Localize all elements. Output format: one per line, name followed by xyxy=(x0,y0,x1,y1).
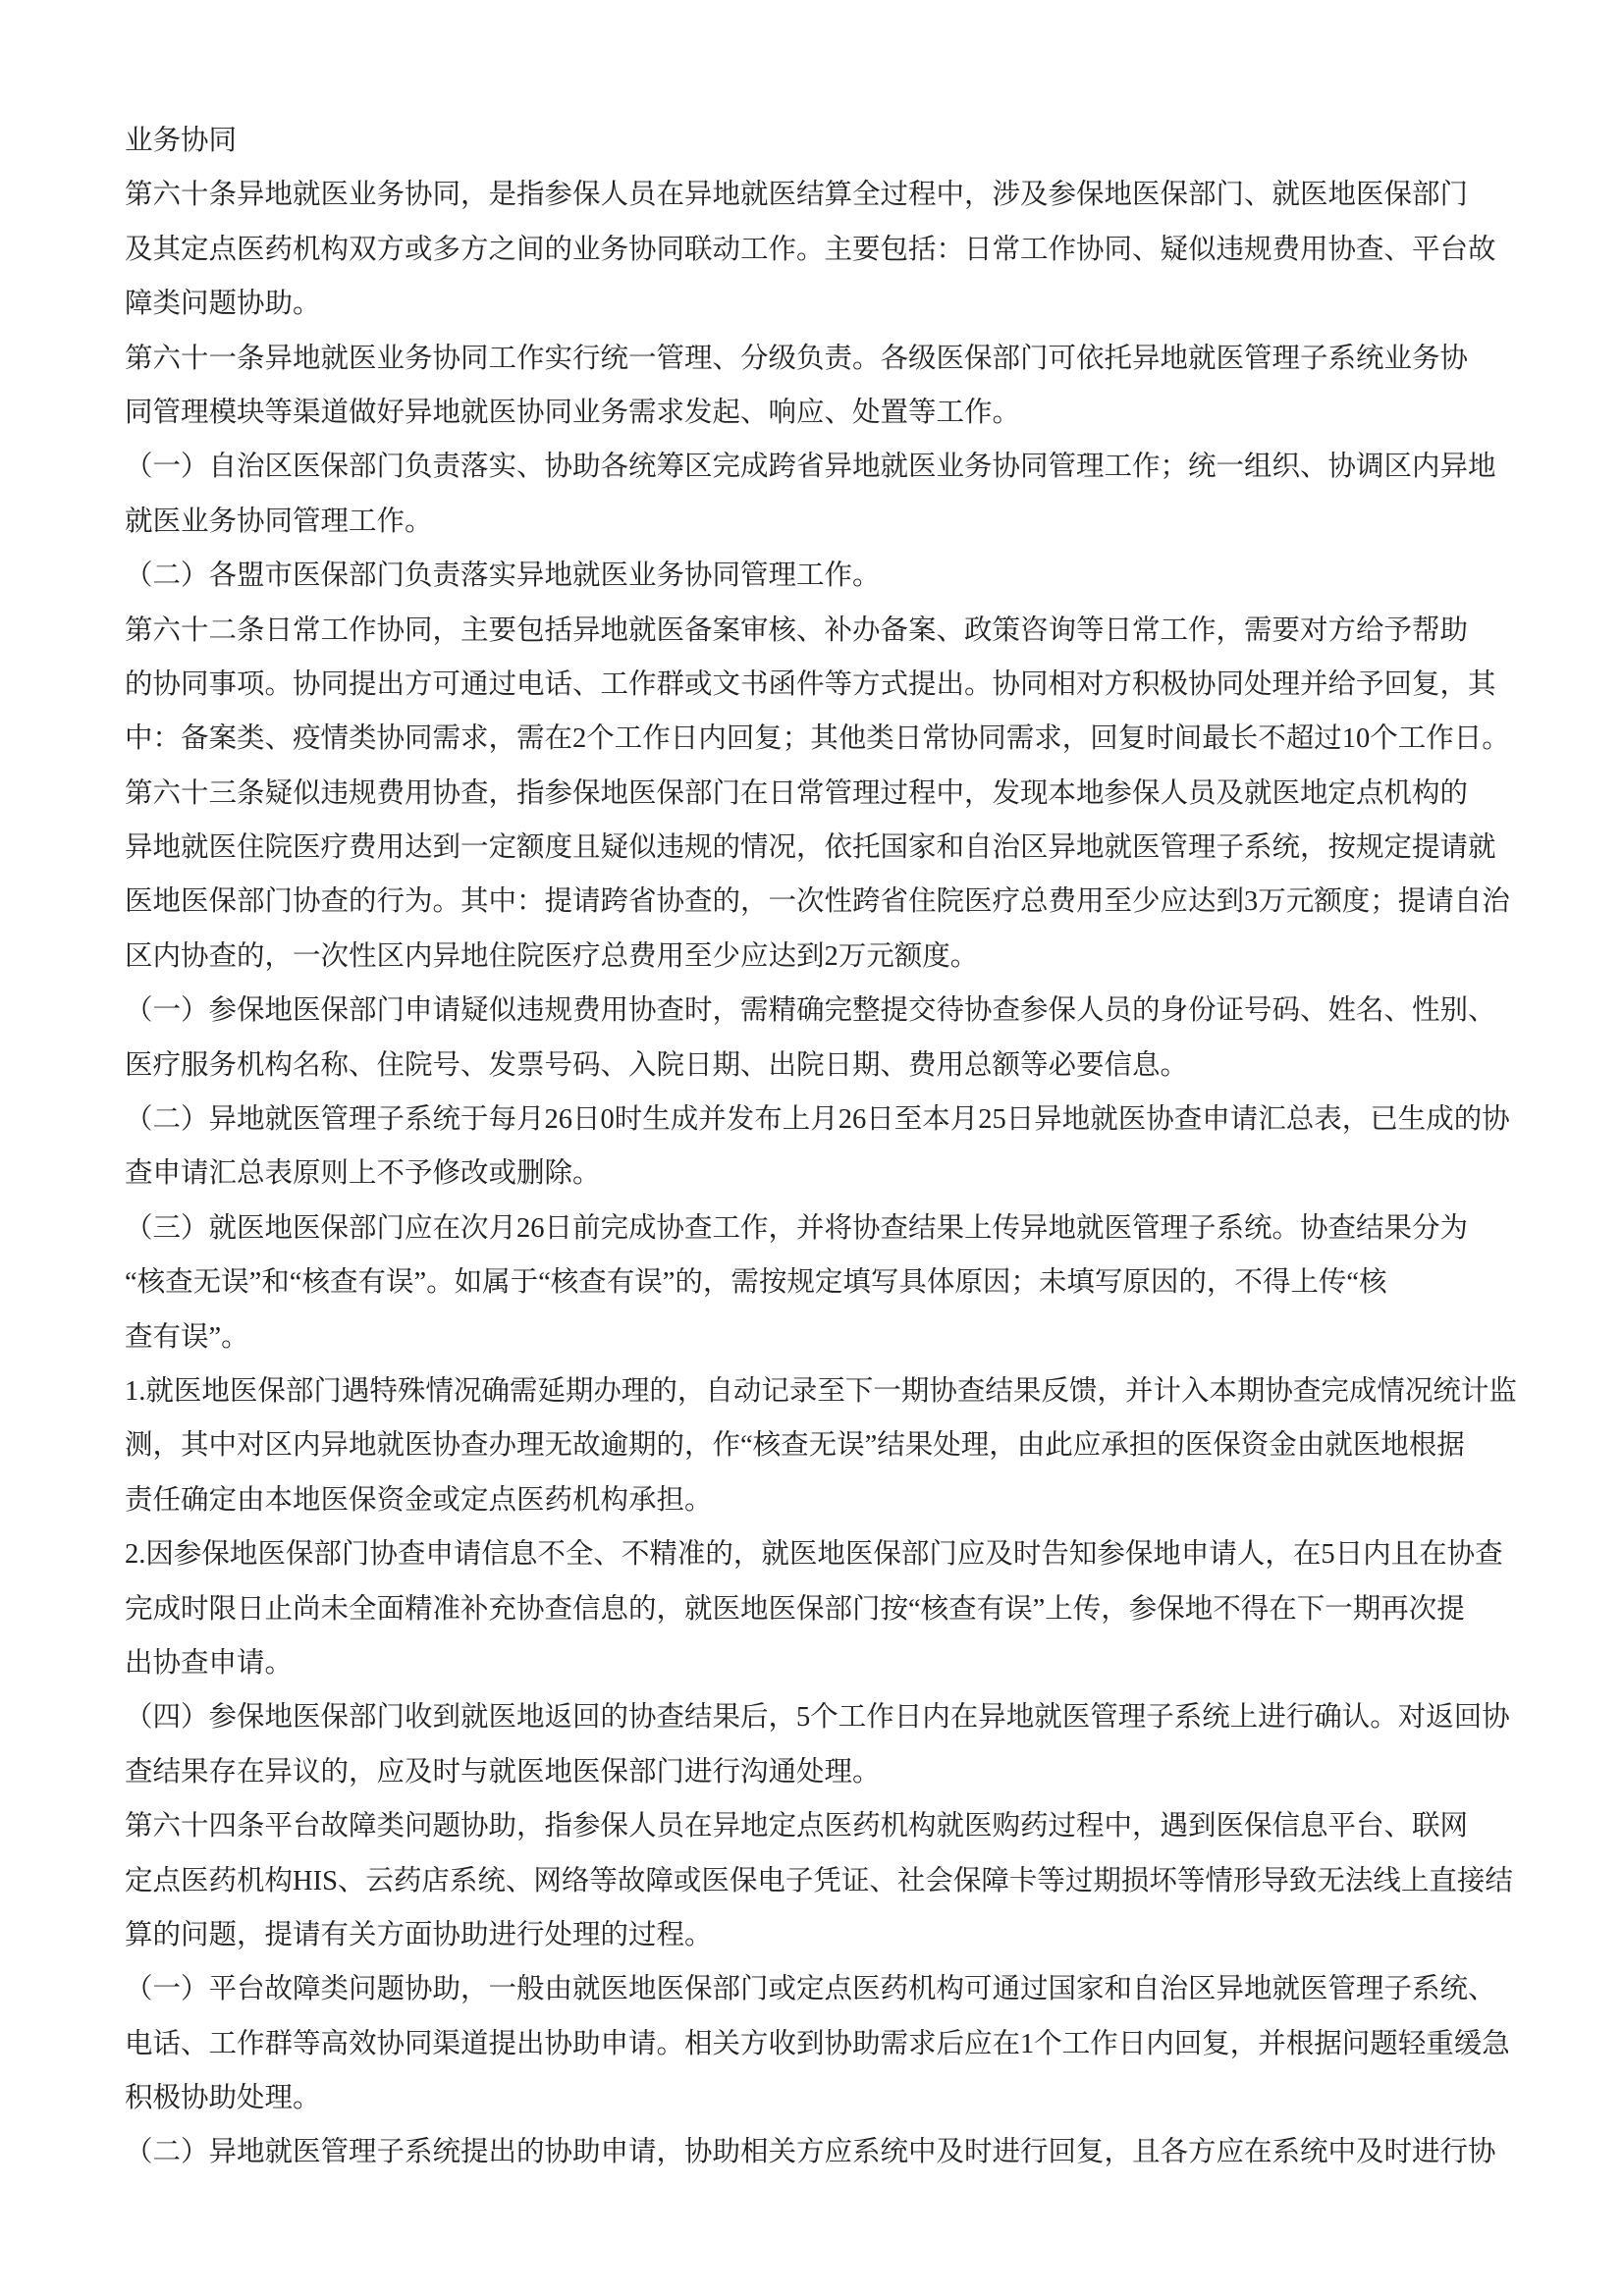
text-line: （一）平台故障类问题协助，一般由就医地医保部门或定点医药机构可通过国家和自治区异… xyxy=(125,1962,1543,2016)
text-line: 医地医保部门协查的行为。其中：提请跨省协查的，一次性跨省住院医疗总费用至少应达到… xyxy=(125,875,1543,929)
text-line: “核查无误”和“核查有误”。如属于“核查有误”的，需按规定填写具体原因；未填写原… xyxy=(125,1255,1543,1309)
text-line: （一）参保地医保部门申请疑似违规费用协查时，需精确完整提交待协查参保人员的身份证… xyxy=(125,984,1543,1038)
text-line: （三）就医地医保部门应在次月26日前完成协查工作，并将协查结果上传异地就医管理子… xyxy=(125,1201,1543,1255)
text-line: 电话、工作群等高效协同渠道提出协助申请。相关方收到协助需求后应在1个工作日内回复… xyxy=(125,2017,1543,2071)
text-line: 第六十三条疑似违规费用协查，指参保地医保部门在日常管理过程中，发现本地参保人员及… xyxy=(125,767,1543,821)
text-line: 测，其中对区内异地就医协查办理无故逾期的，作“核查无误”结果处理，由此应承担的医… xyxy=(125,1418,1543,1472)
text-line: 查有误”。 xyxy=(125,1310,1543,1364)
text-line: 出协查申请。 xyxy=(125,1636,1543,1690)
text-line: 障类问题协助。 xyxy=(125,277,1543,331)
text-line: 第六十四条平台故障类问题协助，指参保人员在异地定点医药机构就医购药过程中，遇到医… xyxy=(125,1799,1543,1853)
text-line: 查申请汇总表原则上不予修改或删除。 xyxy=(125,1147,1543,1201)
text-line: 积极协助处理。 xyxy=(125,2071,1543,2125)
text-line: 同管理模块等渠道做好异地就医协同业务需求发起、响应、处置等工作。 xyxy=(125,386,1543,440)
text-line: 异地就医住院医疗费用达到一定额度且疑似违规的情况，依托国家和自治区异地就医管理子… xyxy=(125,821,1543,875)
text-line: 2.因参保地医保部门协查申请信息不全、不精准的，就医地医保部门应及时告知参保地申… xyxy=(125,1527,1543,1581)
text-line: 查结果存在异议的，应及时与就医地医保部门进行沟通处理。 xyxy=(125,1745,1543,1799)
document-text-block: 业务协同第六十条异地就医业务协同，是指参保人员在异地就医结算全过程中，涉及参保地… xyxy=(125,114,1543,2180)
text-line: 第六十二条日常工作协同，主要包括异地就医备案审核、补办备案、政策咨询等日常工作，… xyxy=(125,604,1543,658)
text-line: 算的问题，提请有关方面协助进行处理的过程。 xyxy=(125,1908,1543,1962)
text-line: 第六十一条异地就医业务协同工作实行统一管理、分级负责。各级医保部门可依托异地就医… xyxy=(125,332,1543,386)
text-line: 第六十条异地就医业务协同，是指参保人员在异地就医结算全过程中，涉及参保地医保部门… xyxy=(125,168,1543,222)
text-line: 的协同事项。协同提出方可通过电话、工作群或文书函件等方式提出。协同相对方积极协同… xyxy=(125,658,1543,712)
text-line: （二）各盟市医保部门负责落实异地就医业务协同管理工作。 xyxy=(125,549,1543,603)
text-line: 责任确定由本地医保资金或定点医药机构承担。 xyxy=(125,1473,1543,1527)
text-line: 医疗服务机构名称、住院号、发票号码、入院日期、出院日期、费用总额等必要信息。 xyxy=(125,1039,1543,1093)
text-line: 中：备案类、疫情类协同需求，需在2个工作日内回复；其他类日常协同需求，回复时间最… xyxy=(125,712,1543,766)
text-line: 业务协同 xyxy=(125,114,1543,168)
text-line: （四）参保地医保部门收到就医地返回的协查结果后，5个工作日内在异地就医管理子系统… xyxy=(125,1690,1543,1744)
text-line: 及其定点医药机构双方或多方之间的业务协同联动工作。主要包括：日常工作协同、疑似违… xyxy=(125,223,1543,277)
document-page: 业务协同第六十条异地就医业务协同，是指参保人员在异地就医结算全过程中，涉及参保地… xyxy=(0,0,1623,2296)
text-line: （一）自治区医保部门负责落实、协助各统筹区完成跨省异地就医业务协同管理工作；统一… xyxy=(125,440,1543,494)
text-line: 定点医药机构HIS、云药店系统、网络等故障或医保电子凭证、社会保障卡等过期损坏等… xyxy=(125,1854,1543,1908)
text-line: 1.就医地医保部门遇特殊情况确需延期办理的，自动记录至下一期协查结果反馈，并计入… xyxy=(125,1364,1543,1418)
text-line: 区内协查的，一次性区内异地住院医疗总费用至少应达到2万元额度。 xyxy=(125,930,1543,984)
text-line: （二）异地就医管理子系统提出的协助申请，协助相关方应系统中及时进行回复，且各方应… xyxy=(125,2125,1543,2179)
text-line: 完成时限日止尚未全面精准补充协查信息的，就医地医保部门按“核查有误”上传，参保地… xyxy=(125,1582,1543,1636)
text-line: 就医业务协同管理工作。 xyxy=(125,495,1543,549)
text-line: （二）异地就医管理子系统于每月26日0时生成并发布上月26日至本月25日异地就医… xyxy=(125,1093,1543,1147)
